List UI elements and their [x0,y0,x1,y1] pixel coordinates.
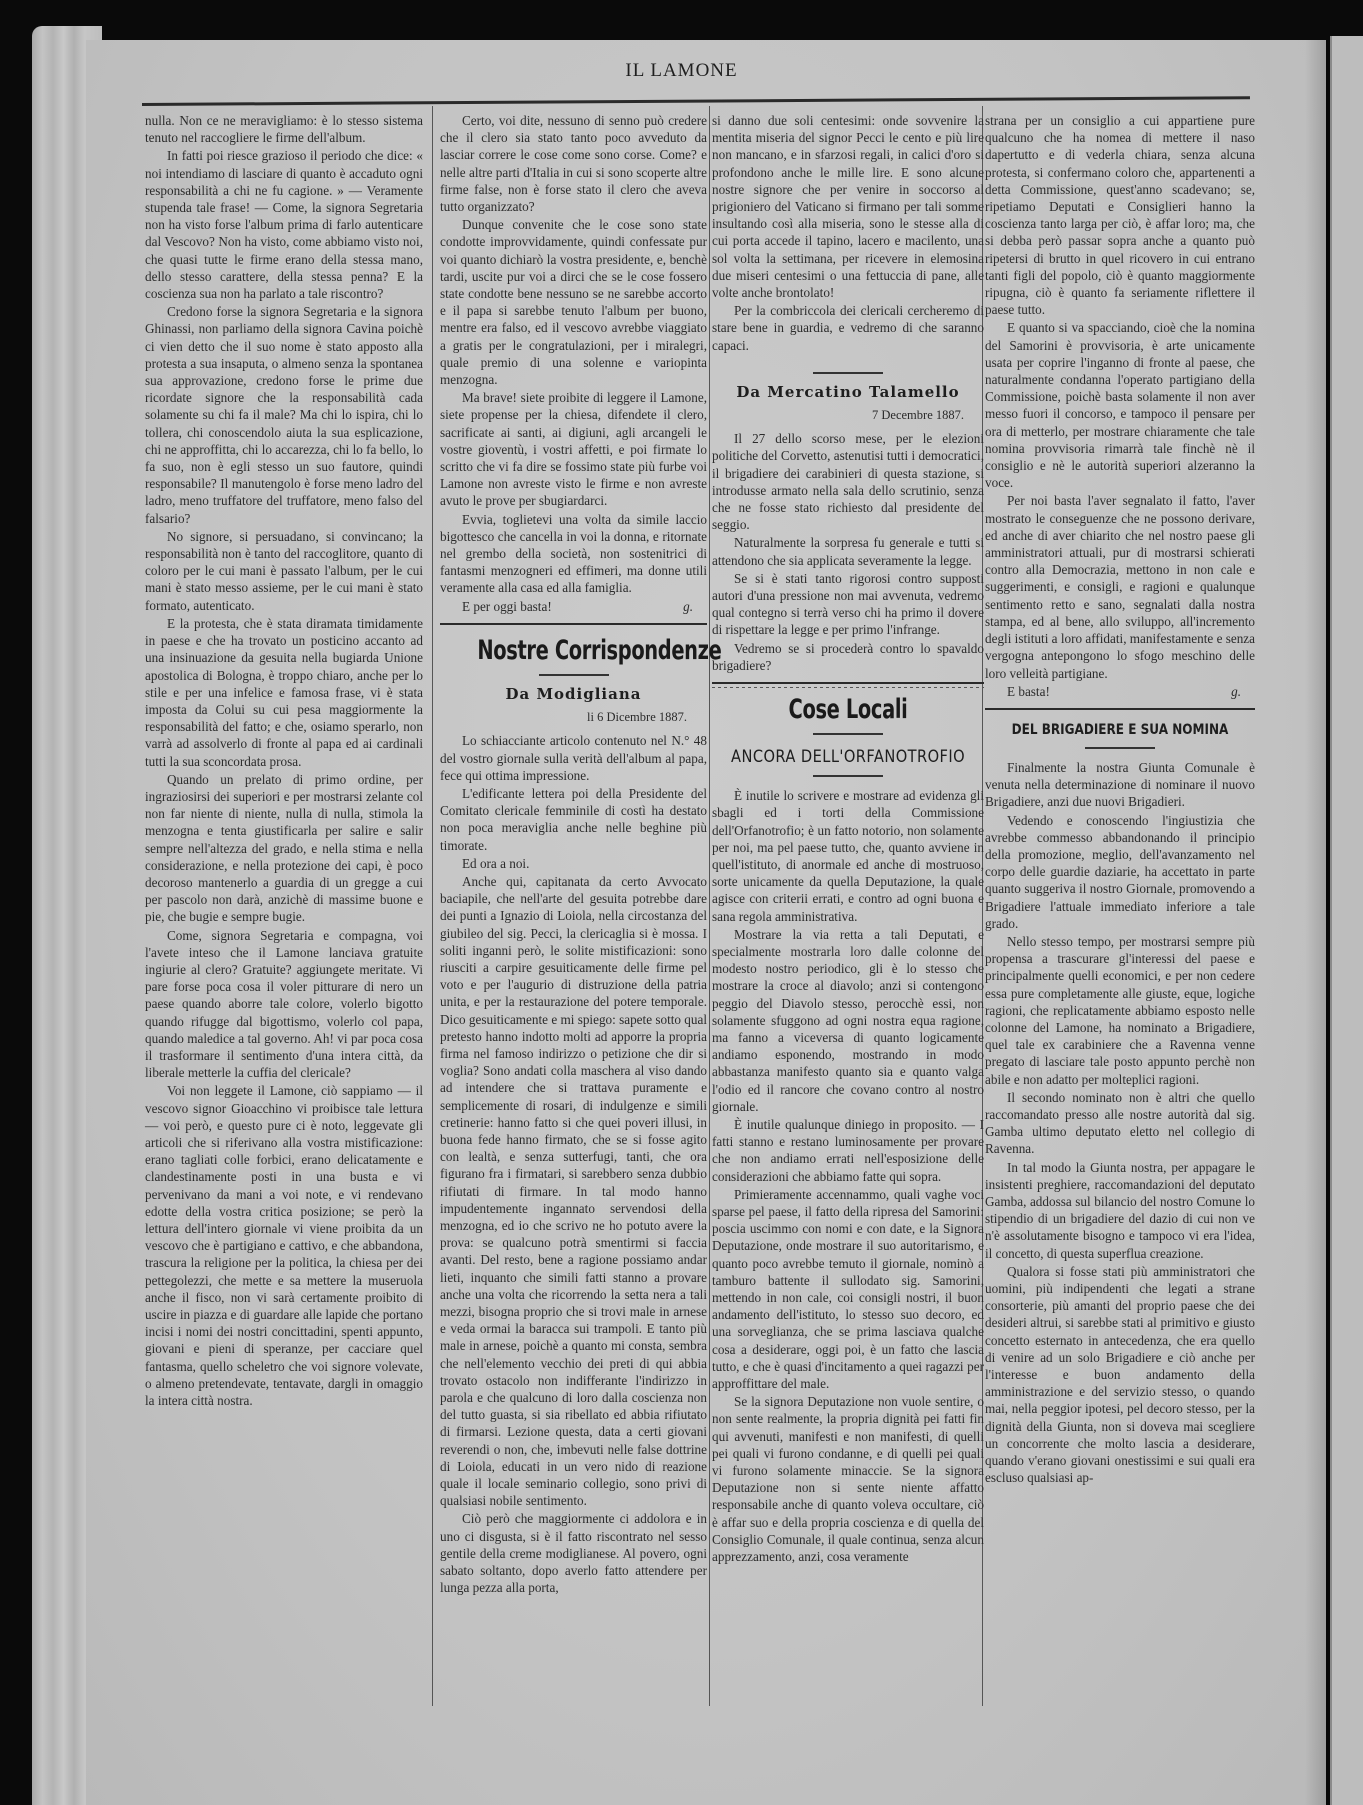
short-rule [813,775,883,777]
paragraph: Ed ora a noi. [440,855,707,872]
dateline: 7 Decembre 1887. [712,407,984,424]
masthead-title: IL LAMONE [0,60,1363,82]
paragraph: Credono forse la signora Segretaria e la… [145,303,423,527]
closing-text: E per oggi basta! [462,598,552,615]
column-divider [709,106,710,1706]
article-title-brigadiere: DEL BRIGADIERE E SUA NOMINA [1004,719,1236,741]
paragraph: E la protesta, che è stata diramata timi… [145,615,423,770]
paragraph: Qualora si fosse stati più amministrator… [985,1263,1255,1487]
paragraph: Nello stesso tempo, per mostrarsi sempre… [985,933,1255,1088]
column-2: Certo, voi dite, nessuno di senno può cr… [440,112,707,1597]
paragraph: Mostrare la via retta a tali Deputati, e… [712,926,984,1115]
paragraph: In fatti poi riesce grazioso il periodo … [145,147,423,302]
short-rule [1085,747,1155,749]
paragraph: strana per un consiglio a cui appartiene… [985,112,1255,318]
paragraph: Certo, voi dite, nessuno di senno può cr… [440,112,707,215]
gutter-shadow [1305,40,1330,1805]
paragraph: Il secondo nominato non è altri che quel… [985,1089,1255,1158]
paragraph: Ma brave! siete proibite di leggere il L… [440,389,707,509]
column-divider [432,106,433,1706]
article-title-mercatino: Da Mercatino Talamello [712,384,984,401]
paragraph: Se si è stati tanto rigorosi contro supp… [712,570,984,639]
column-3: si danno due soli centesimi: onde sovven… [712,112,984,1566]
section-divider [985,708,1255,713]
article-title-modigliana: Da Modigliana [440,686,707,703]
closing-line: E per oggi basta! g. [440,598,707,615]
paragraph: Finalmente la nostra Giunta Comunale è v… [985,759,1255,811]
paragraph: Quando un prelato di primo ordine, per i… [145,771,423,926]
paragraph: No signore, si persuadano, si convincano… [145,528,423,614]
paragraph: nulla. Non ce ne meravigliamo: è lo stes… [145,112,423,146]
column-4: strana per un consiglio a cui appartiene… [985,112,1255,1487]
paragraph: Anche qui, capitanata da certo Avvocato … [440,873,707,1510]
section-divider [440,623,707,628]
column-1: nulla. Non ce ne meravigliamo: è lo stes… [145,112,423,1410]
paragraph: Come, signora Segretaria e compagna, voi… [145,927,423,1082]
paragraph: Ciò però che maggiormente ci addolora e … [440,1510,707,1596]
paragraph: Se la signora Deputazione non vuole sent… [712,1393,984,1565]
paragraph: E quanto si va spacciando, cioè che la n… [985,319,1255,491]
paragraph: In tal modo la Giunta nostra, per appaga… [985,1159,1255,1262]
paragraph: Vedremo se si procederà contro lo spaval… [712,640,984,674]
paragraph: Lo schiacciante articolo contenuto nel N… [440,732,707,784]
paragraph: Vedendo e conoscendo l'ingiustizia che a… [985,812,1255,932]
signature: g. [1231,683,1241,700]
paragraph: Per noi basta l'aver segnalato il fatto,… [985,492,1255,681]
paragraph: Evvia, toglietevi una volta da simile la… [440,511,707,597]
paragraph: È inutile qualunque diniego in proposito… [712,1116,984,1185]
paragraph: Voi non leggete il Lamone, ciò sappiamo … [145,1082,423,1409]
section-title-corrispondenze: Nostre Corrispondenze [477,634,669,668]
short-rule [813,733,883,735]
paragraph: Naturalmente la sorpresa fu generale e t… [712,534,984,568]
section-divider [712,682,984,687]
paragraph: L'edificante lettera poi della President… [440,785,707,854]
section-title-cose-locali: Cose Locali [750,693,946,727]
dateline: li 6 Dicembre 1887. [440,709,707,726]
article-title-orfanotrofio: ANCORA DELL'ORFANOTROFIO [731,745,965,769]
short-rule [813,372,883,374]
paragraph: Primieramente accennammo, quali vaghe vo… [712,1186,984,1392]
paragraph: Il 27 dello scorso mese, per le elezioni… [712,430,984,533]
signature: g. [683,598,693,615]
paragraph: È inutile lo scrivere e mostrare ad evid… [712,787,984,925]
closing-text: E basta! [1007,683,1050,700]
paragraph: Per la combriccola dei clericali cercher… [712,302,984,354]
short-rule [539,674,609,676]
facing-page-edge [1330,36,1363,1805]
paragraph: Dunque convenite che le cose sono state … [440,216,707,388]
closing-line: E basta! g. [985,683,1255,700]
paragraph: si danno due soli centesimi: onde sovven… [712,112,984,301]
